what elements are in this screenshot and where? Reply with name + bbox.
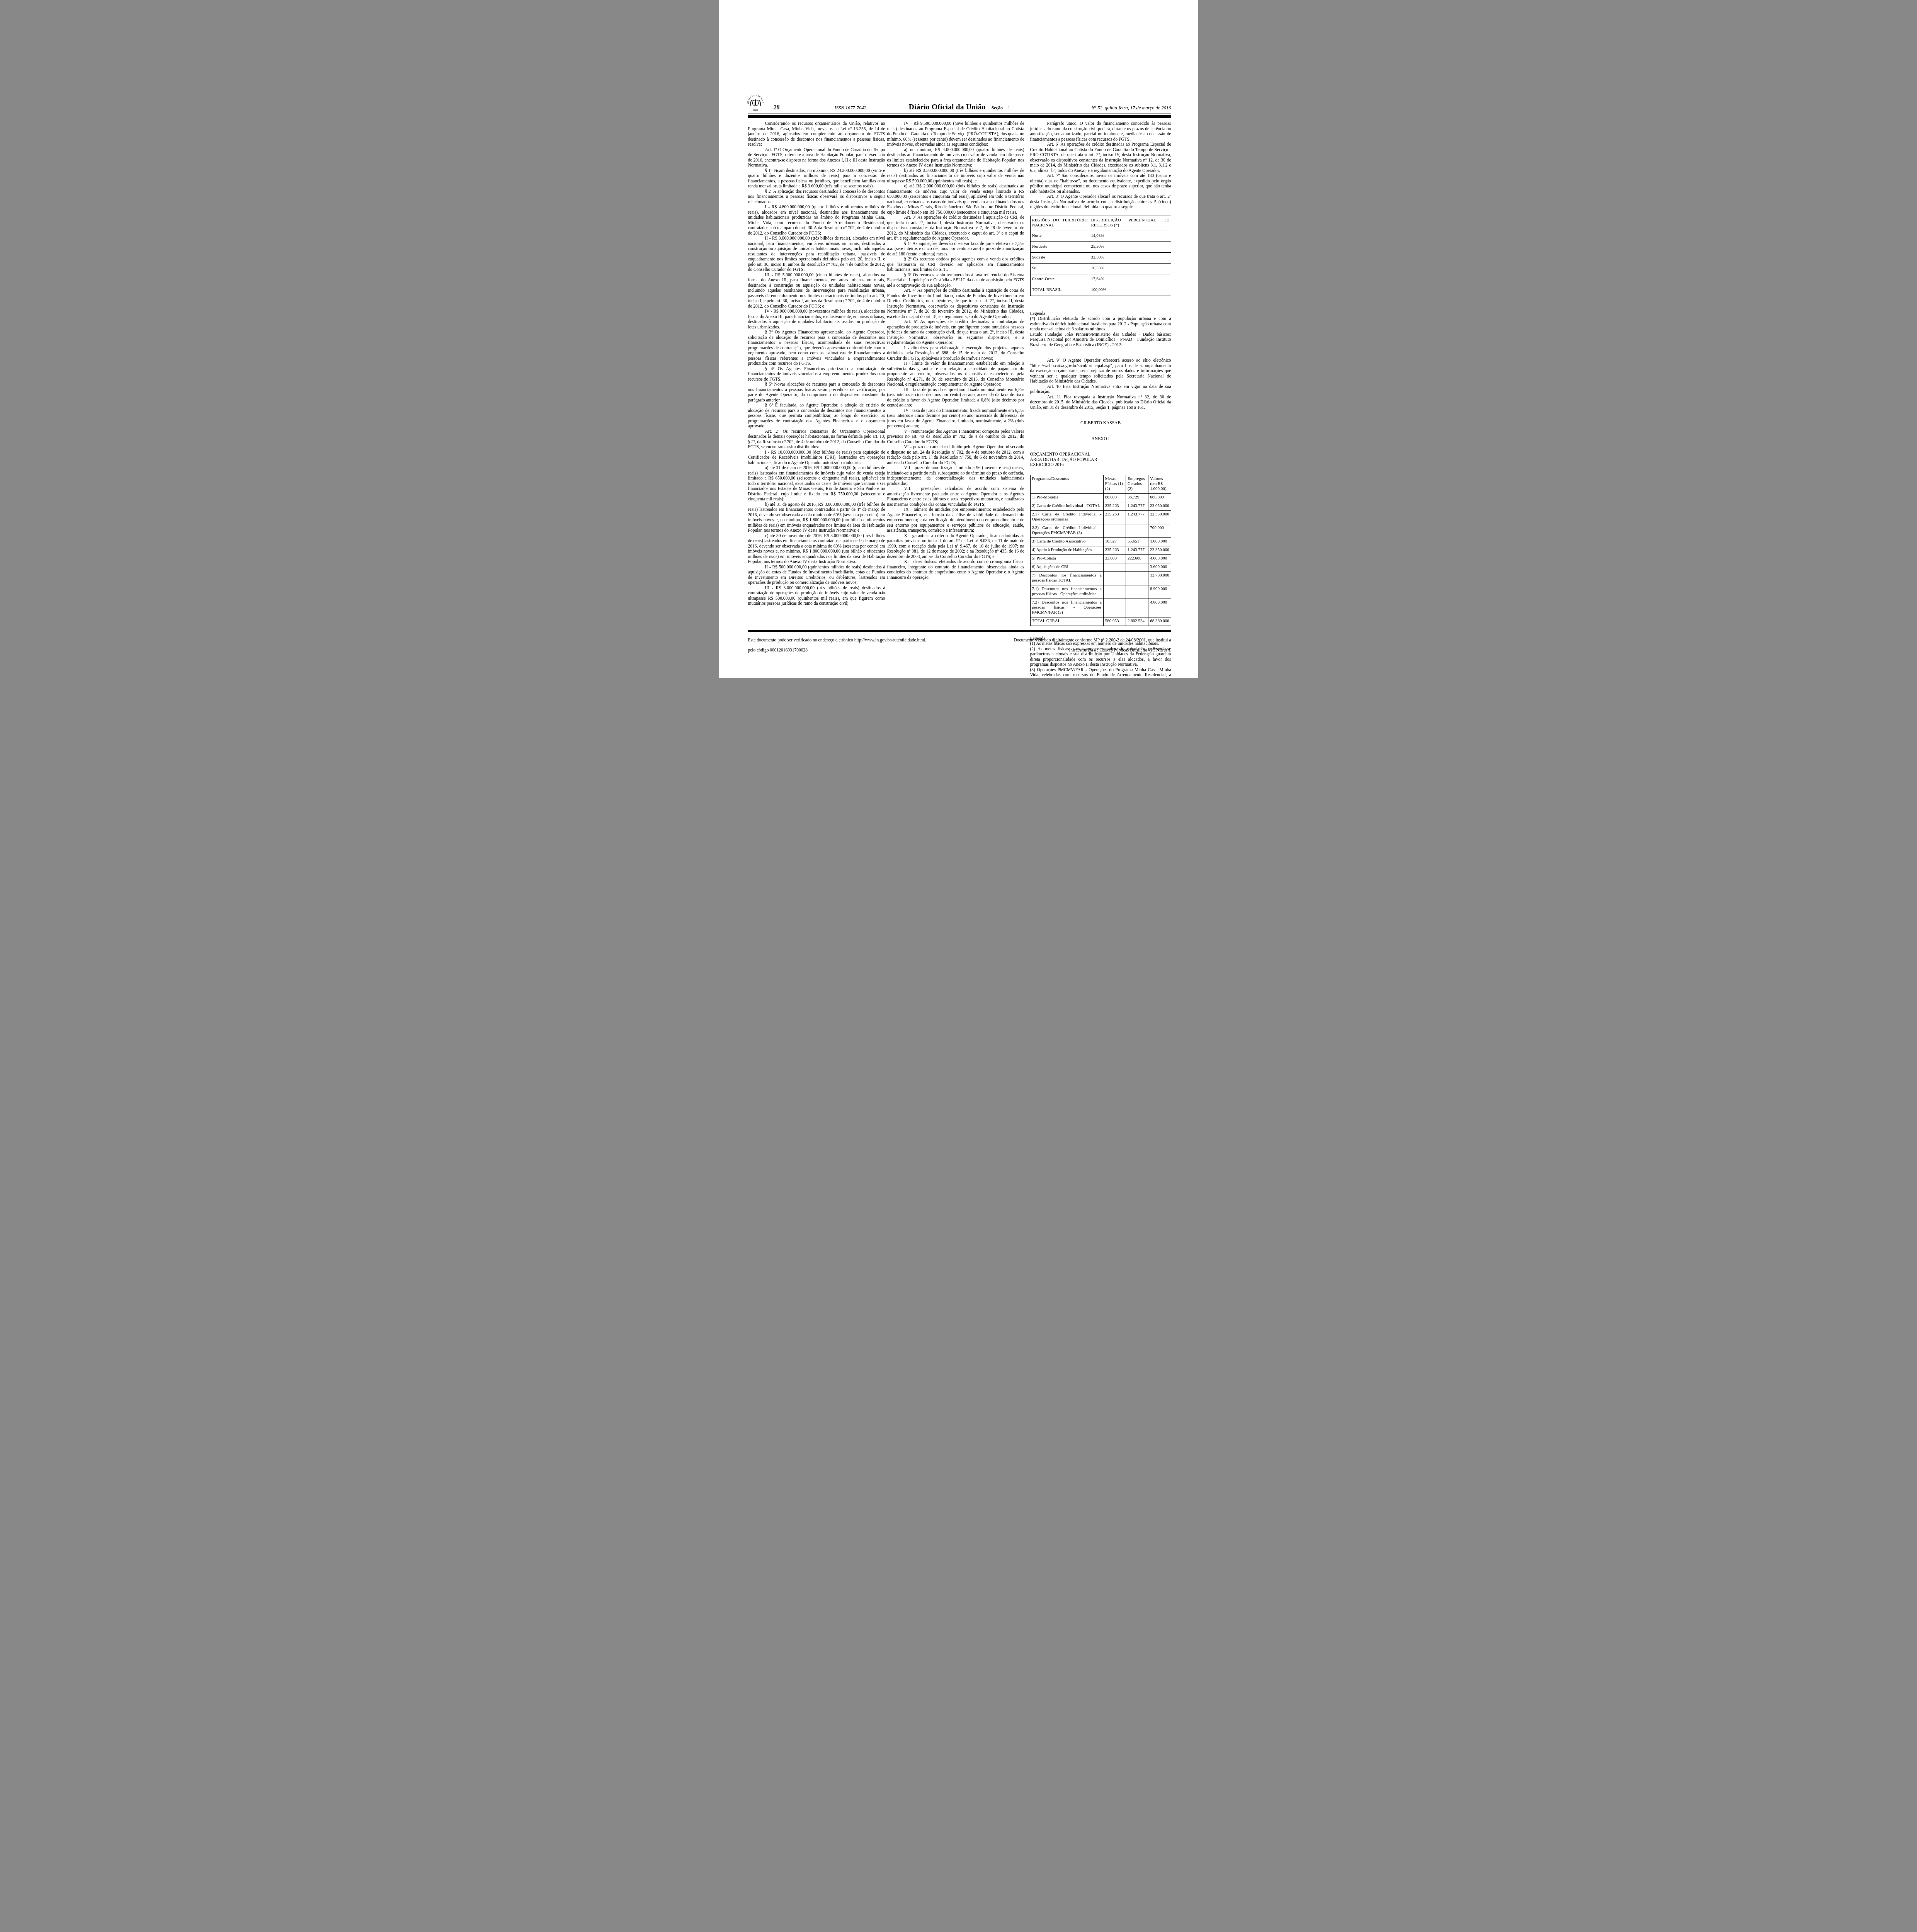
table-cell: 2.802.534 xyxy=(1126,617,1148,626)
paragraph: IV - R$ 900.000.000,00 (novecentos milhõ… xyxy=(748,309,885,330)
table-cell: 2) Carta de Crédito Individual - TOTAL xyxy=(1030,502,1103,510)
header-rule xyxy=(748,113,1171,118)
column-3: Parágrafo único. O valor do financiament… xyxy=(1030,121,1171,678)
table-cell: 8.900.000 xyxy=(1148,585,1171,599)
table-cell: 7) Descontos nos financiamentos a pessoa… xyxy=(1030,571,1103,585)
table-cell: 17,64% xyxy=(1089,274,1171,285)
table-row: Nordeste25,30% xyxy=(1030,241,1171,252)
paragraph: IX - número de unidades por empreendimen… xyxy=(887,507,1024,534)
table-header-row: REGIÕES DO TERRITÓRIO NACIONALDISTRIBUIÇ… xyxy=(1030,216,1171,231)
table-row: Sul10,53% xyxy=(1030,263,1171,274)
table-cell xyxy=(1126,585,1148,599)
paragraph: III - R$ 3.000.000.000,00 (três bilhões … xyxy=(748,586,885,607)
table-cell: 23.050.000 xyxy=(1148,502,1171,510)
paragraph: Art. 5º As operações de crédito destinad… xyxy=(887,320,1024,346)
paragraph: b) até 31 de agosto de 2016, R$ 3.000.00… xyxy=(748,502,885,534)
paragraph: II - R$ 500.000.000,00 (quinhentos milhõ… xyxy=(748,565,885,586)
paragraph: § 5º Novas alocações de recursos para a … xyxy=(748,382,885,403)
table-cell: Centro-Oeste xyxy=(1030,274,1089,285)
column-header: Empregos Gerados (2) xyxy=(1126,475,1148,493)
paragraph: Art. 11 Fica revogada a Instrução Normat… xyxy=(1030,395,1171,411)
table-cell: TOTAL GERAL xyxy=(1030,617,1103,626)
table-cell: 55.651 xyxy=(1126,537,1148,546)
paragraph: (3) Operações PMCMV/FAR - Operações do P… xyxy=(1030,668,1171,678)
table-cell: 36.729 xyxy=(1126,493,1148,502)
verification-line2: pelo código 00012016031700028 xyxy=(748,645,927,655)
table-row: 2) Carta de Crédito Individual - TOTAL23… xyxy=(1030,502,1171,510)
table-cell: 6) Aquisições de CRI xyxy=(1030,563,1103,571)
table-cell: 4.800.000 xyxy=(1148,599,1171,617)
paragraph: § 3º Os recursos serão remunerados à tax… xyxy=(887,273,1024,289)
table-cell: 235.263 xyxy=(1103,546,1126,554)
paragraph: a) no mínimo, R$ 4.000.000.000,00 (quatr… xyxy=(887,148,1024,168)
paragraph: Art. 4º As operações de crédito destinad… xyxy=(887,288,1024,320)
verification-line1: Este documento pode ser verificado no en… xyxy=(748,635,927,645)
paragraph: § 1º Ficam destinados, no máximo, R$ 24.… xyxy=(748,168,885,189)
table-cell: 235.263 xyxy=(1103,510,1126,524)
paragraph: II - R$ 3.000.000.000,00 (três bilhões d… xyxy=(748,236,885,273)
table-row: Norte14,03% xyxy=(1030,231,1171,241)
regions-distribution-table: REGIÕES DO TERRITÓRIO NACIONALDISTRIBUIÇ… xyxy=(1030,216,1171,296)
paragraph: § 2º Os recursos obtidos pelos agentes c… xyxy=(887,257,1024,273)
table-cell: 33.000 xyxy=(1103,554,1126,563)
paragraph: VIII - prestações: calculadas de acordo … xyxy=(887,486,1024,507)
table-cell xyxy=(1103,585,1126,599)
column-header: Programas/Descontos xyxy=(1030,475,1103,493)
table-cell: 7.1) Descontos nos financiamentos a pess… xyxy=(1030,585,1103,599)
table-cell: 3.600.000 xyxy=(1148,563,1171,571)
table-cell: 1) Pró-Moradia xyxy=(1030,493,1103,502)
anexo1-budget-table: Programas/DescontosMetas Físicas (1) (2)… xyxy=(1030,475,1171,626)
signature-line2: Infraestrutura de Chaves Públicas Brasil… xyxy=(1014,645,1171,655)
table-row: TOTAL BRASIL100,00% xyxy=(1030,285,1171,296)
table-cell xyxy=(1126,563,1148,571)
paragraph: Considerando os recursos orçamentários d… xyxy=(748,121,885,148)
title-main: Diário Oficial da União xyxy=(909,103,986,111)
title-section-number: 1 xyxy=(1008,105,1010,111)
table-cell: 7.2) Descontos nos financiamentos a pess… xyxy=(1030,599,1103,617)
paragraph: EXERCÍCIO 2016 xyxy=(1030,463,1171,468)
paragraph: III - R$ 5.000.000.000,00 (cinco bilhões… xyxy=(748,273,885,310)
table-row: 1) Pró-Moradia66.00036.729660.000 xyxy=(1030,493,1171,502)
paragraph: § 2º A aplicação dos recursos destinados… xyxy=(748,189,885,205)
column-header: DISTRIBUIÇÃO PERCENTUAL DE RECURSOS (*) xyxy=(1089,216,1171,231)
paragraph: § 3º Os Agentes Financeiros apresentarão… xyxy=(748,330,885,367)
paragraph: II - limite de valor de financiamento: e… xyxy=(887,361,1024,388)
table-cell: 580.053 xyxy=(1103,617,1126,626)
paragraph: VI - prazo de carência: definido pelo Ag… xyxy=(887,445,1024,466)
table-row: 2.2) Carta de Crédito Individual - Opera… xyxy=(1030,524,1171,537)
paragraph: Art. 8º O Agente Operador alocará os rec… xyxy=(1030,194,1171,210)
paragraph: VII - prazo de amortização: limitado a 9… xyxy=(887,466,1024,486)
paragraph: c) até 30 de novembro de 2016, R$ 3.000.… xyxy=(748,534,885,565)
table-row: 2.1) Carta de Crédito Individual - Opera… xyxy=(1030,510,1171,524)
table-cell: 5) Pró-Cotista xyxy=(1030,554,1103,563)
table-cell: 1.243.777 xyxy=(1126,502,1148,510)
table-cell: Norte xyxy=(1030,231,1089,241)
table-cell xyxy=(1126,571,1148,585)
paragraph: XI - desembolsos: efetuados de acordo co… xyxy=(887,560,1024,580)
title-section-label: - Seção xyxy=(989,105,1003,111)
paragraph: ORÇAMENTO OPERACIONAL xyxy=(1030,452,1171,457)
table-cell: 32,50% xyxy=(1089,252,1171,263)
table-cell: 14,03% xyxy=(1089,231,1171,241)
paragraph: IV - taxa de juros do financiamento: fix… xyxy=(887,408,1024,429)
table-row: Centro-Oeste17,64% xyxy=(1030,274,1171,285)
table-row: 6) Aquisições de CRI3.600.000 xyxy=(1030,563,1171,571)
paragraph: III - taxa de juros do empréstimo: fixad… xyxy=(887,388,1024,408)
table-cell xyxy=(1103,563,1126,571)
paragraph: V - remuneração dos Agentes Financeiros:… xyxy=(887,429,1024,445)
paragraph: Estudo Fundação João Pinheiro/Ministério… xyxy=(1030,332,1171,348)
column-header: REGIÕES DO TERRITÓRIO NACIONAL xyxy=(1030,216,1089,231)
verification-note: Este documento pode ser verificado no en… xyxy=(748,635,927,655)
table-cell: 10.527 xyxy=(1103,537,1126,546)
table-cell xyxy=(1103,599,1126,617)
column-1: Considerando os recursos orçamentários d… xyxy=(748,121,885,678)
table-cell: 10,53% xyxy=(1089,263,1171,274)
paragraph: ANEXO I xyxy=(1030,437,1171,442)
table-header-row: Programas/DescontosMetas Físicas (1) (2)… xyxy=(1030,475,1171,493)
paragraph: X - garantias: a critério do Agente Oper… xyxy=(887,534,1024,560)
table-cell: 22.350.000 xyxy=(1148,546,1171,554)
table-cell: 66.000 xyxy=(1103,493,1126,502)
paragraph: § 4º Os Agentes Financeiros priorizarão … xyxy=(748,367,885,383)
paragraph: Art. 3º As operações de crédito destinad… xyxy=(887,215,1024,241)
table-cell: 222.600 xyxy=(1126,554,1148,563)
page-footer: Este documento pode ser verificado no en… xyxy=(748,635,1171,655)
paragraph: I - R$ 4.800.000.000,00 (quatro bilhões … xyxy=(748,205,885,236)
article-body: Considerando os recursos orçamentários d… xyxy=(748,121,1171,678)
table-cell: Nordeste xyxy=(1030,241,1089,252)
paragraph: c) até R$ 2.000.000.000,00 (dois bilhões… xyxy=(887,184,1024,215)
table-cell: 660.000 xyxy=(1148,493,1171,502)
table-row: 3) Carta de Crédito Associativo10.52755.… xyxy=(1030,537,1171,546)
table-cell: Sudeste xyxy=(1030,252,1089,263)
table-cell xyxy=(1126,524,1148,537)
column-3-middle: Legenda:(*) Distribuição efetuada de aco… xyxy=(1030,311,1171,468)
table-cell: 4) Apoio à Produção de Habitações xyxy=(1030,546,1103,554)
column-3-top: Parágrafo único. O valor do financiament… xyxy=(1030,121,1171,210)
footer-rule xyxy=(748,630,1171,632)
table-cell: 22.350.000 xyxy=(1148,510,1171,524)
table-row: 7.1) Descontos nos financiamentos a pess… xyxy=(1030,585,1171,599)
table-cell xyxy=(1126,599,1148,617)
table-cell: 25,30% xyxy=(1089,241,1171,252)
column-2: IV - R$ 9.500.000.000,00 (nove bilhões e… xyxy=(887,121,1024,678)
table-cell xyxy=(1103,524,1126,537)
paragraph: (*) Distribuição efetuada de acordo com … xyxy=(1030,316,1171,332)
gazette-page: IMPRENSA NACIONAL 1808 28 ISSN 1677-7042… xyxy=(719,0,1198,678)
table-cell: 4.000.000 xyxy=(1148,554,1171,563)
paragraph: Art. 7º São considerados novos os imóvei… xyxy=(1030,173,1171,194)
table-cell: 1.243.777 xyxy=(1126,510,1148,524)
table-cell: 68.360.000 xyxy=(1148,617,1171,626)
table-cell: 1.243.777 xyxy=(1126,546,1148,554)
paragraph: ÁREA DE HABITAÇÃO POPULAR xyxy=(1030,457,1171,463)
column-header: Metas Físicas (1) (2) xyxy=(1103,475,1126,493)
paragraph: Art. 1º O Orçamento Operacional do Fundo… xyxy=(748,148,885,168)
table-cell: 700.000 xyxy=(1148,524,1171,537)
table-cell xyxy=(1103,571,1126,585)
table-row: TOTAL GERAL580.0532.802.53468.360.000 xyxy=(1030,617,1171,626)
edition-info: Nº 52, quinta-feira, 17 de março de 2016 xyxy=(1092,105,1171,111)
paragraph: Art. 6º As operações de crédito destinad… xyxy=(1030,142,1171,173)
masthead: IMPRENSA NACIONAL 1808 28 ISSN 1677-7042… xyxy=(748,92,1171,112)
paragraph: I - diretrizes para elaboração e execuçã… xyxy=(887,346,1024,362)
column-header: Valores (em R$ 1.000,00) xyxy=(1148,475,1171,493)
table-cell: 2.2) Carta de Crédito Individual - Opera… xyxy=(1030,524,1103,537)
table-row: 4) Apoio à Produção de Habitações235.263… xyxy=(1030,546,1171,554)
signature-note: Documento assinado digitalmente conforme… xyxy=(1014,635,1171,655)
paragraph: § 6º É facultada, ao Agente Operador, a … xyxy=(748,403,885,429)
table-cell: TOTAL BRASIL xyxy=(1030,285,1089,296)
table-row: 7.2) Descontos nos financiamentos a pess… xyxy=(1030,599,1171,617)
paragraph: Legenda: xyxy=(1030,311,1171,317)
table-cell: Sul xyxy=(1030,263,1089,274)
paragraph: b) até R$ 3.500.000.000,00 (três bilhões… xyxy=(887,168,1024,184)
table-cell: 235.263 xyxy=(1103,502,1126,510)
table-row: Sudeste32,50% xyxy=(1030,252,1171,263)
paragraph: GILBERTO KASSAB xyxy=(1030,421,1171,426)
paragraph: IV - R$ 9.500.000.000,00 (nove bilhões e… xyxy=(887,121,1024,148)
signature-line1: Documento assinado digitalmente conforme… xyxy=(1014,635,1171,645)
table-row: 5) Pró-Cotista33.000222.6004.000.000 xyxy=(1030,554,1171,563)
table-cell: 13.700.000 xyxy=(1148,571,1171,585)
table-cell: 1.000.000 xyxy=(1148,537,1171,546)
paragraph: a) até 31 de maio de 2016, R$ 4.000.000.… xyxy=(748,466,885,502)
table-cell: 100,00% xyxy=(1089,285,1171,296)
paragraph: Art. 9º O Agente Operador oferecerá aces… xyxy=(1030,358,1171,384)
paragraph: Art. 2º Os recursos constantes do Orçame… xyxy=(748,429,885,450)
paragraph: I - R$ 10.000.000.000,00 (dez bilhões de… xyxy=(748,450,885,466)
table-cell: 3) Carta de Crédito Associativo xyxy=(1030,537,1103,546)
paragraph: Art. 10 Esta Instrução Normativa entra e… xyxy=(1030,384,1171,395)
table-cell: 2.1) Carta de Crédito Individual - Opera… xyxy=(1030,510,1103,524)
paragraph: § 1º As aquisições deverão observar taxa… xyxy=(887,241,1024,257)
paragraph: Parágrafo único. O valor do financiament… xyxy=(1030,121,1171,142)
table-row: 7) Descontos nos financiamentos a pessoa… xyxy=(1030,571,1171,585)
